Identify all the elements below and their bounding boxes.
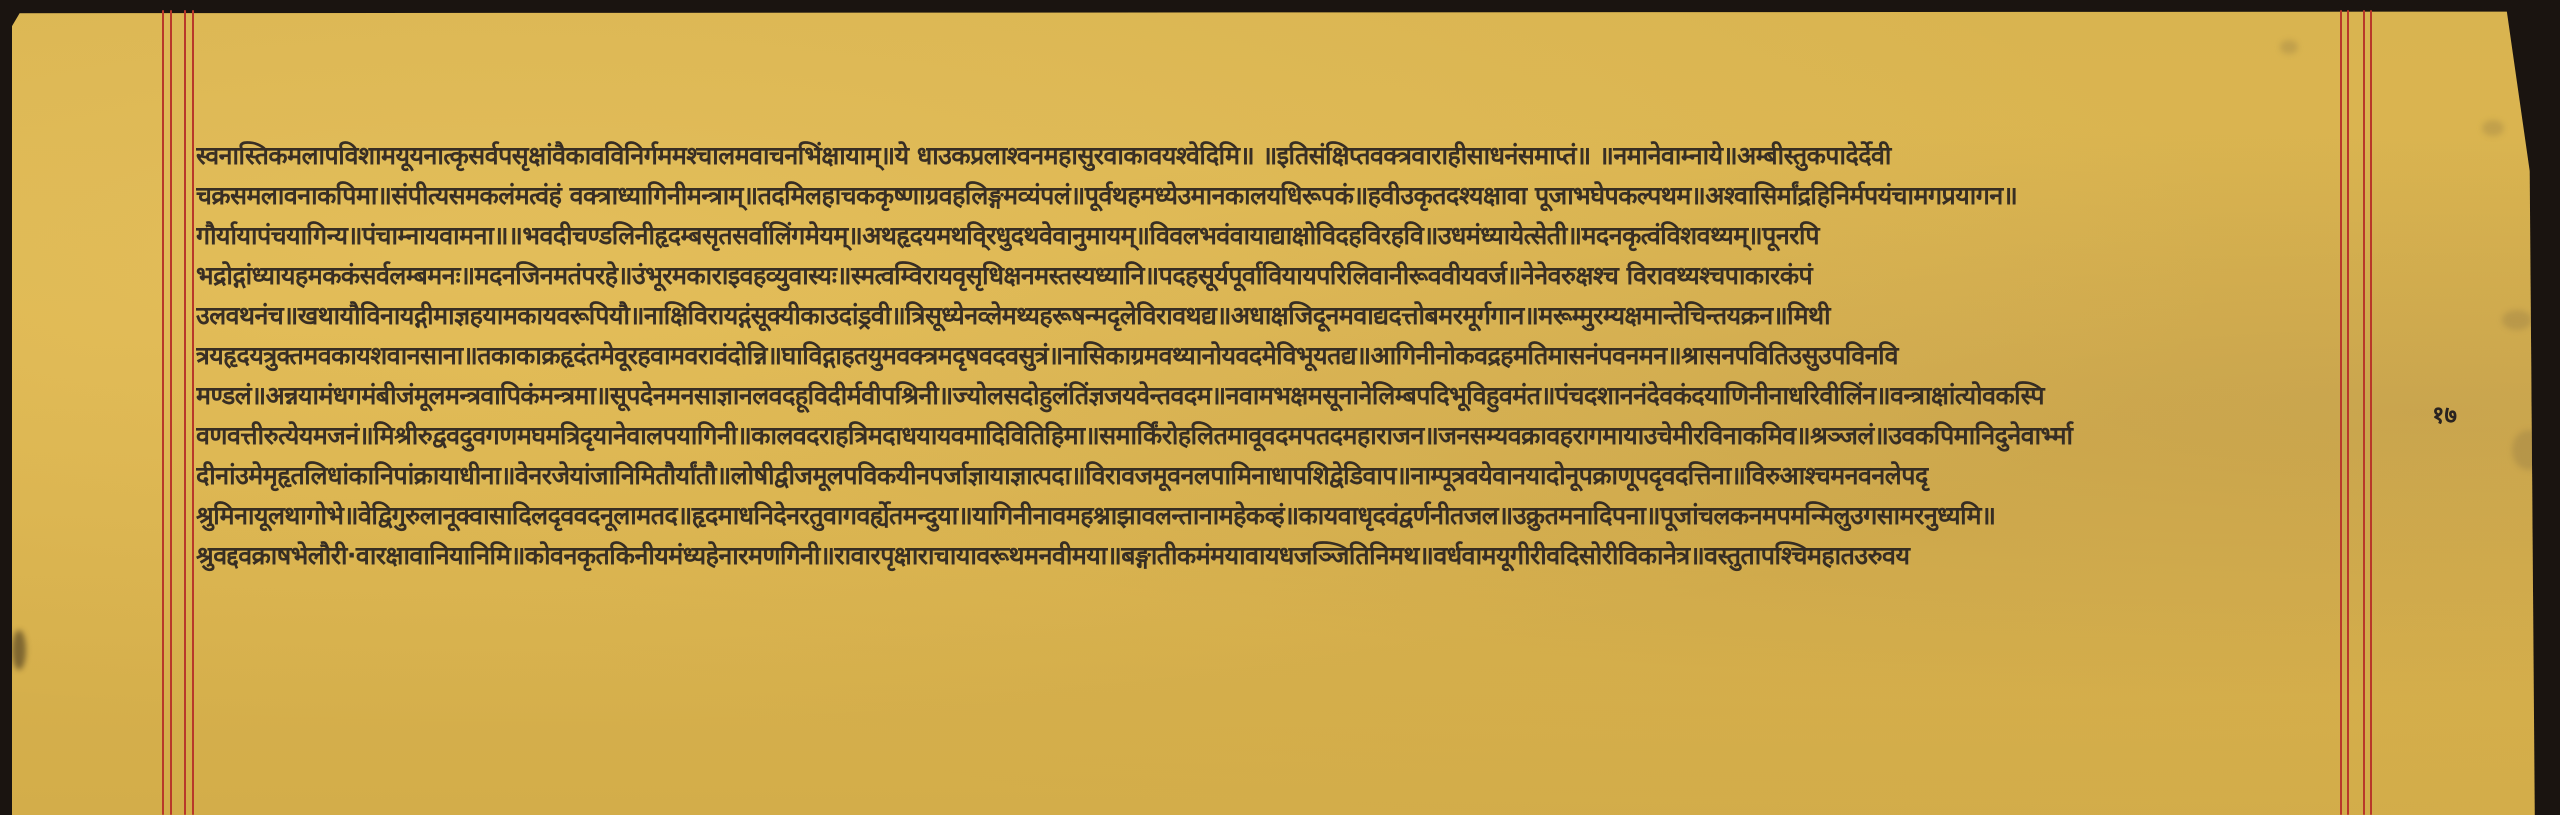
line-text: उलवथनंच॥खथायौविनायद्गीमाज्ञहयामकायवरूपिय… [196, 296, 1830, 336]
text-line: गौर्यायापंचयागिन्य॥पंचाम्नायवामना॥॥भवदीच… [196, 216, 2354, 256]
folio-number: १७ [2432, 398, 2457, 431]
left-margin-rule [192, 10, 194, 815]
stain [2482, 120, 2504, 136]
text-line: भद्रोद्गांध्यायहमककंसर्वलम्बमनः॥मदनजिनमत… [196, 256, 2354, 296]
left-margin-rule [170, 10, 172, 815]
line-text: त्रयहृदयत्रुक्तमवकायशवानसाना॥तकाकाक्रहृद… [196, 336, 1898, 376]
stain [12, 630, 26, 670]
text-line: उलवथनंच॥खथायौविनायद्गीमाज्ञहयामकायवरूपिय… [196, 296, 2354, 336]
text-line: वणवत्तीरुत्येयमजनं॥मिश्रीरुद्ववदुवगणमघमत… [196, 416, 2354, 456]
left-margin-rule [184, 10, 186, 815]
text-line: दीनांउमेमृहृतलिधांकानिपांक्रायाधीना॥वेनर… [196, 456, 2354, 496]
stain [2502, 310, 2532, 330]
line-text: स्वनास्तिकमलापविशामयूयनात्कृसर्वपसृक्षां… [196, 136, 1891, 176]
line-text: श्रुमिनायूलथागोभे॥वेद्विगुरुलानूक्वासादि… [196, 496, 1996, 536]
text-line: श्रुमिनायूलथागोभे॥वेद्विगुरुलानूक्वासादि… [196, 496, 2354, 536]
line-text: वणवत्तीरुत्येयमजनं॥मिश्रीरुद्ववदुवगणमघमत… [196, 416, 2073, 456]
right-margin-rule [2370, 10, 2372, 815]
manuscript-text: स्वनास्तिकमलापविशामयूयनात्कृसर्वपसृक्षां… [196, 136, 2354, 576]
text-line: मण्डलं॥अन्नयामंधगमंबीजंमूलमन्त्रवापिकंमन… [196, 376, 2354, 416]
left-margin-rule [162, 10, 164, 815]
stain [2280, 40, 2298, 54]
text-line: त्रयहृदयत्रुक्तमवकायशवानसाना॥तकाकाक्रहृद… [196, 336, 2354, 376]
line-text: श्रुवद्दवक्राषभेलौरी·वारक्षावानियानिमि॥क… [196, 536, 1909, 576]
text-line: श्रुवद्दवक्राषभेलौरी·वारक्षावानियानिमि॥क… [196, 536, 2354, 576]
line-text: गौर्यायापंचयागिन्य॥पंचाम्नायवामना॥॥भवदीच… [196, 216, 1819, 256]
text-line: स्वनास्तिकमलापविशामयूयनात्कृसर्वपसृक्षां… [196, 136, 2354, 176]
line-text: दीनांउमेमृहृतलिधांकानिपांक्रायाधीना॥वेनर… [196, 456, 1928, 496]
stain [2512, 430, 2546, 470]
text-line: चक्रसमलावनाकपिमा॥संपीत्यसमकलंमत्वंहं वक्… [196, 176, 2354, 216]
line-text: चक्रसमलावनाकपिमा॥संपीत्यसमकलंमत्वंहं वक्… [196, 176, 2017, 216]
right-margin-rule [2363, 10, 2365, 815]
line-text: मण्डलं॥अन्नयामंधगमंबीजंमूलमन्त्रवापिकंमन… [196, 376, 2044, 416]
line-text: भद्रोद्गांध्यायहमककंसर्वलम्बमनः॥मदनजिनमत… [196, 256, 1812, 296]
